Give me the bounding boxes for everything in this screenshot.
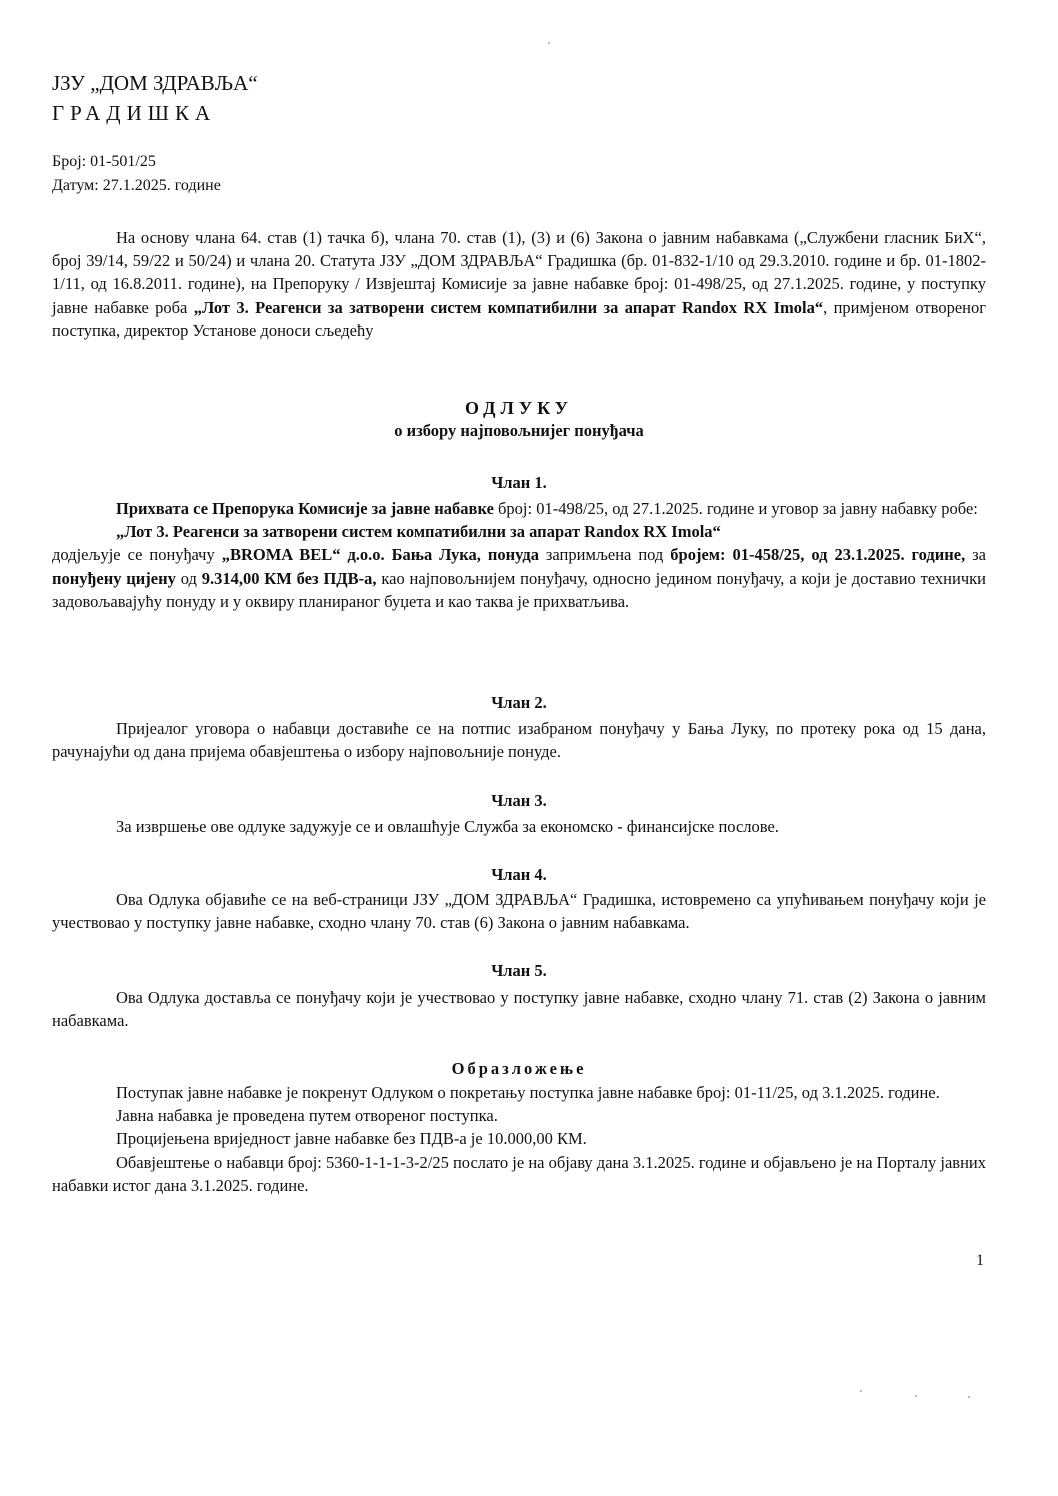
article-5-body: Ова Одлука доставља се понуђачу који је … bbox=[52, 986, 986, 1032]
scan-speck bbox=[860, 1390, 862, 1392]
article-2-heading: Члан 2. bbox=[52, 692, 986, 714]
article-1-accept-rest: број: 01-498/25, од 27.1.2025. године и … bbox=[494, 499, 978, 518]
reasoning-paragraph: Поступак јавне набавке је покренут Одлук… bbox=[52, 1081, 986, 1104]
article-4-heading: Члан 4. bbox=[52, 864, 986, 886]
organization-city: ГРАДИШКА bbox=[52, 98, 258, 128]
reasoning-body: Поступак јавне набавке је покренут Одлук… bbox=[52, 1081, 986, 1197]
article-1-text: додјељује се понуђачу bbox=[52, 545, 222, 564]
preamble-lot: „Лот 3. Реагенси за затворени систем ком… bbox=[194, 298, 823, 317]
scan-speck bbox=[968, 1396, 970, 1398]
article-1-body: Прихвата се Препорука Комисије за јавне … bbox=[52, 497, 986, 613]
article-3-text: За извршење ове одлуке задужује се и овл… bbox=[52, 815, 986, 838]
page-number: 1 bbox=[976, 1252, 984, 1270]
decision-title-main: ОДЛУКУ bbox=[52, 396, 986, 420]
reasoning-heading: Образложење bbox=[52, 1058, 986, 1080]
reasoning-paragraph: Јавна набавка је проведена путем отворен… bbox=[52, 1104, 986, 1127]
offered-price-label: понуђену цијену bbox=[52, 569, 176, 588]
article-2-body: Пријеалог уговора о набавци доставиће се… bbox=[52, 717, 986, 763]
article-5-text: Ова Одлука доставља се понуђачу који је … bbox=[52, 986, 986, 1032]
article-3-body: За извршење ове одлуке задужује се и овл… bbox=[52, 815, 986, 838]
article-5-heading: Члан 5. bbox=[52, 960, 986, 982]
organization-header: ЈЗУ „ДОМ ЗДРАВЉА“ ГРАДИШКА bbox=[52, 68, 258, 128]
offer-number: бројем: 01-458/25, од 23.1.2025. године, bbox=[670, 545, 965, 564]
offered-price-value: 9.314,00 КМ без ПДВ-а, bbox=[202, 569, 377, 588]
organization-name: ЈЗУ „ДОМ ЗДРАВЉА“ bbox=[52, 68, 258, 98]
document-page: ЈЗУ „ДОМ ЗДРАВЉА“ ГРАДИШКА Број: 01-501/… bbox=[0, 0, 1058, 1496]
article-1-text: од bbox=[176, 569, 202, 588]
reasoning-paragraph: Процијењена вриједност јавне набавке без… bbox=[52, 1127, 986, 1150]
preamble: На основу члана 64. став (1) тачка б), ч… bbox=[52, 226, 986, 342]
article-1-text: за bbox=[965, 545, 986, 564]
article-1-text: запримљена под bbox=[539, 545, 670, 564]
scan-speck bbox=[548, 42, 550, 44]
document-meta: Број: 01-501/25 Датум: 27.1.2025. године bbox=[52, 150, 221, 198]
article-2-text: Пријеалог уговора о набавци доставиће се… bbox=[52, 717, 986, 763]
document-date: Датум: 27.1.2025. године bbox=[52, 174, 221, 198]
article-1-accept: Прихвата се Препорука Комисије за јавне … bbox=[116, 499, 494, 518]
decision-title-sub: о избору најповољнијег понуђача bbox=[52, 420, 986, 442]
reasoning-paragraph: Обавјештење о набавци број: 5360-1-1-1-3… bbox=[52, 1151, 986, 1197]
bidder-name: „BROMA BEL“ д.о.о. Бања Лука, понуда bbox=[222, 545, 539, 564]
decision-title: ОДЛУКУ о избору најповољнијег понуђача bbox=[52, 396, 986, 442]
article-3-heading: Члан 3. bbox=[52, 790, 986, 812]
scan-speck bbox=[915, 1395, 917, 1397]
article-1-heading: Члан 1. bbox=[52, 472, 986, 494]
article-4-body: Ова Одлука објавиће се на веб-страници Ј… bbox=[52, 888, 986, 934]
article-4-text: Ова Одлука објавиће се на веб-страници Ј… bbox=[52, 888, 986, 934]
article-1-lot: „Лот 3. Реагенси за затворени систем ком… bbox=[52, 520, 986, 543]
document-number: Број: 01-501/25 bbox=[52, 150, 221, 174]
